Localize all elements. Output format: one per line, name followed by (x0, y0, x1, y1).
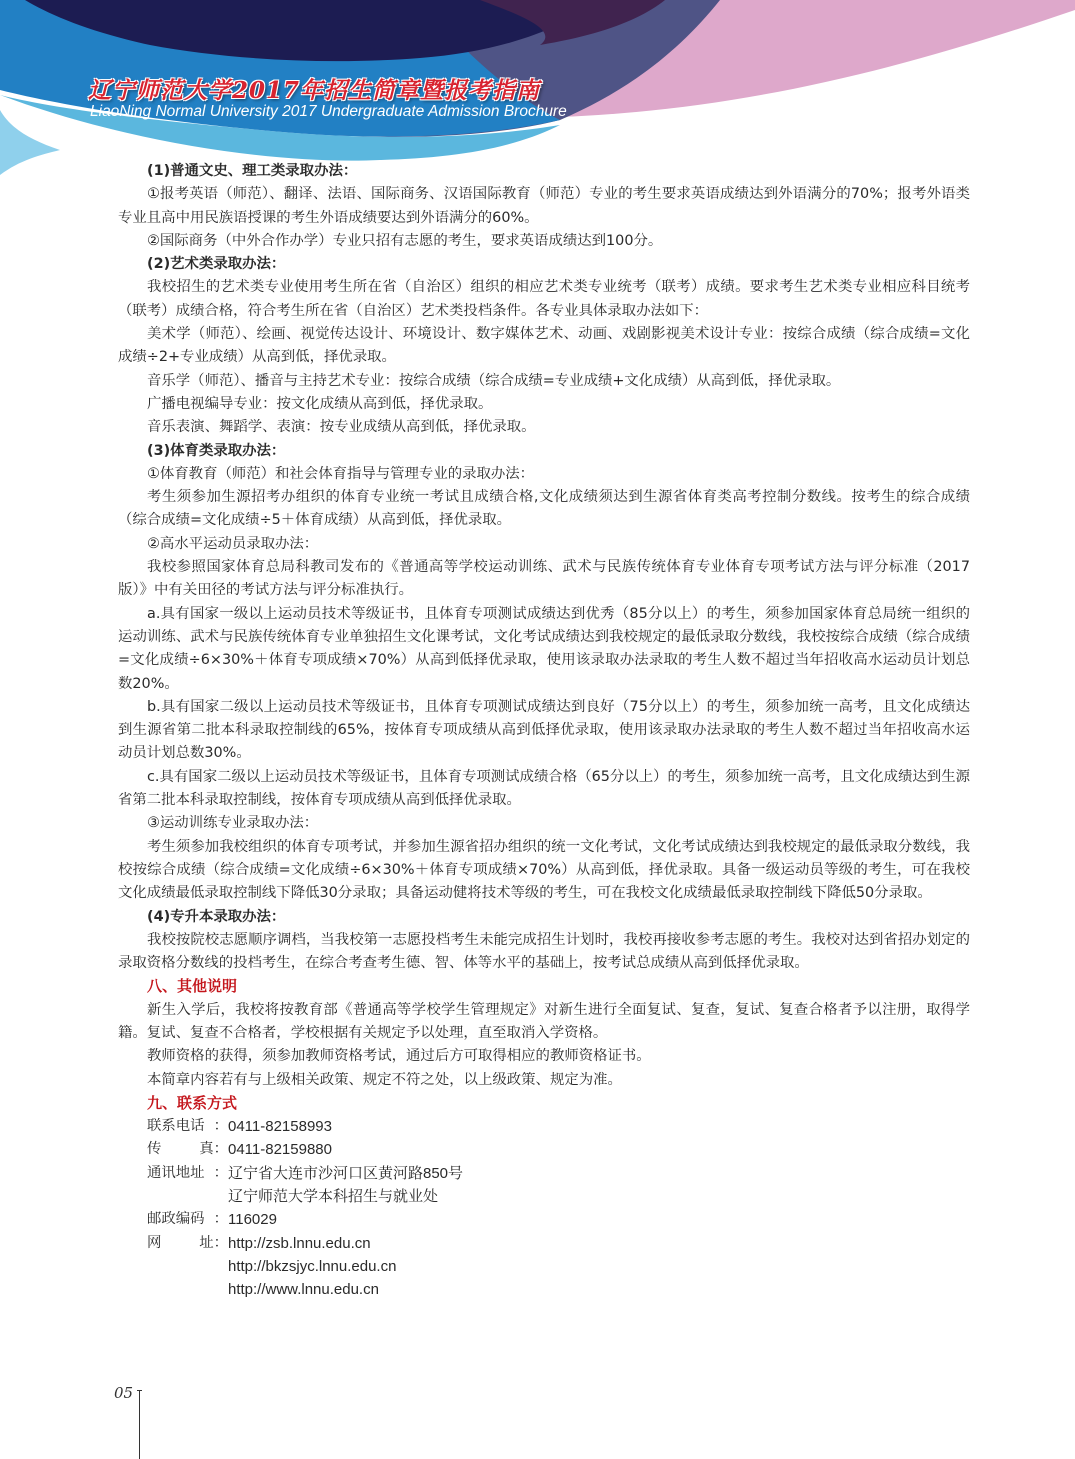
brochure-title-english: LiaoNing Normal University 2017 Undergra… (90, 103, 567, 121)
section-heading: (4)专升本录取办法： (118, 906, 970, 929)
paragraph: 我校参照国家体育总局科教司发布的《普通高等学校运动训练、武术与民族传统体育专业体… (118, 556, 970, 603)
website-link[interactable]: http://zsb.lnnu.edu.cn (228, 1232, 396, 1255)
contact-website: 网址： http://zsb.lnnu.edu.cn http://bkzsjy… (147, 1232, 970, 1302)
paragraph: a.具有国家一级以上运动员技术等级证书，且体育专项测试成绩达到优秀（85分以上）… (118, 603, 970, 696)
contact-phone: 联系电话： 0411-82158993 (147, 1115, 970, 1138)
website-link[interactable]: http://bkzsjyc.lnnu.edu.cn (228, 1255, 396, 1278)
contact-label: 通讯地址： (147, 1162, 228, 1209)
page-number: 05 (114, 1384, 133, 1402)
paragraph: 新生入学后，我校将按教育部《普通高等学校学生管理规定》对新生进行全面复试、复查，… (118, 999, 970, 1046)
address-line: 辽宁省大连市沙河口区黄河路850号 (228, 1162, 463, 1185)
contact-label: 传真： (147, 1138, 228, 1161)
contact-info: 联系电话： 0411-82158993 传真： 0411-82159880 通讯… (118, 1115, 970, 1301)
contact-label: 邮政编码： (147, 1208, 228, 1231)
section-heading: (3)体育类录取办法： (118, 440, 970, 463)
paragraph: ③运动训练专业录取办法： (118, 812, 970, 835)
paragraph: 音乐表演、舞蹈学、表演：按专业成绩从高到低，择优录取。 (118, 416, 970, 439)
chapter-heading-contact: 九、联系方式 (118, 1092, 970, 1115)
paragraph: ①体育教育（师范）和社会体育指导与管理专业的录取办法： (118, 463, 970, 486)
contact-address: 通讯地址： 辽宁省大连市沙河口区黄河路850号 辽宁师范大学本科招生与就业处 (147, 1162, 970, 1209)
paragraph: 美术学（师范）、绘画、视觉传达设计、环境设计、数字媒体艺术、动画、戏剧影视美术设… (118, 323, 970, 370)
page-header-banner: 辽宁师范大学2017年招生简章暨报考指南 LiaoNing Normal Uni… (0, 0, 1075, 175)
paragraph: b.具有国家二级以上运动员技术等级证书，且体育专项测试成绩达到良好（75分以上）… (118, 696, 970, 766)
contact-postcode: 邮政编码： 116029 (147, 1208, 970, 1231)
paragraph: 我校按院校志愿顺序调档，当我校第一志愿投档考生未能完成招生计划时，我校再接收参考… (118, 929, 970, 976)
postal-code: 116029 (228, 1208, 277, 1231)
paragraph: 我校招生的艺术类专业使用考生所在省（自治区）组织的相应艺术类专业统考（联考）成绩… (118, 276, 970, 323)
contact-fax: 传真： 0411-82159880 (147, 1138, 970, 1161)
paragraph: 考生须参加生源招考办组织的体育专业统一考试且成绩合格,文化成绩须达到生源省体育类… (118, 486, 970, 533)
paragraph: 广播电视编导专业：按文化成绩从高到低，择优录取。 (118, 393, 970, 416)
section-heading: (1)普通文史、理工类录取办法： (118, 160, 970, 183)
contact-label: 网址： (147, 1232, 228, 1302)
paragraph: 本简章内容若有与上级相关政策、规定不符之处，以上级政策、规定为准。 (118, 1069, 970, 1092)
document-body: (1)普通文史、理工类录取办法： ①报考英语（师范）、翻译、法语、国际商务、汉语… (118, 160, 970, 1302)
paragraph: ②高水平运动员录取办法： (118, 533, 970, 556)
fax-number: 0411-82159880 (228, 1138, 332, 1161)
paragraph: ①报考英语（师范）、翻译、法语、国际商务、汉语国际教育（师范）专业的考生要求英语… (118, 183, 970, 230)
phone-number: 0411-82158993 (228, 1115, 332, 1138)
section-heading: (2)艺术类录取办法： (118, 253, 970, 276)
website-link[interactable]: http://www.lnnu.edu.cn (228, 1278, 396, 1301)
paragraph: 考生须参加我校组织的体育专项考试，并参加生源省招办组织的统一文化考试，文化考试成… (118, 836, 970, 906)
address-line: 辽宁师范大学本科招生与就业处 (228, 1185, 463, 1208)
paragraph: ②国际商务（中外合作办学）专业只招有志愿的考生，要求英语成绩达到100分。 (118, 230, 970, 253)
chapter-heading-other-notes: 八、其他说明 (118, 975, 970, 998)
footer-rule (139, 1390, 140, 1459)
paragraph: c.具有国家二级以上运动员技术等级证书，且体育专项测试成绩合格（65分以上）的考… (118, 766, 970, 813)
paragraph: 音乐学（师范）、播音与主持艺术专业：按综合成绩（综合成绩=专业成绩+文化成绩）从… (118, 370, 970, 393)
brochure-title-chinese: 辽宁师范大学2017年招生简章暨报考指南 (88, 72, 540, 105)
paragraph: 教师资格的获得，须参加教师资格考试，通过后方可取得相应的教师资格证书。 (118, 1045, 970, 1068)
contact-label: 联系电话： (147, 1115, 228, 1138)
